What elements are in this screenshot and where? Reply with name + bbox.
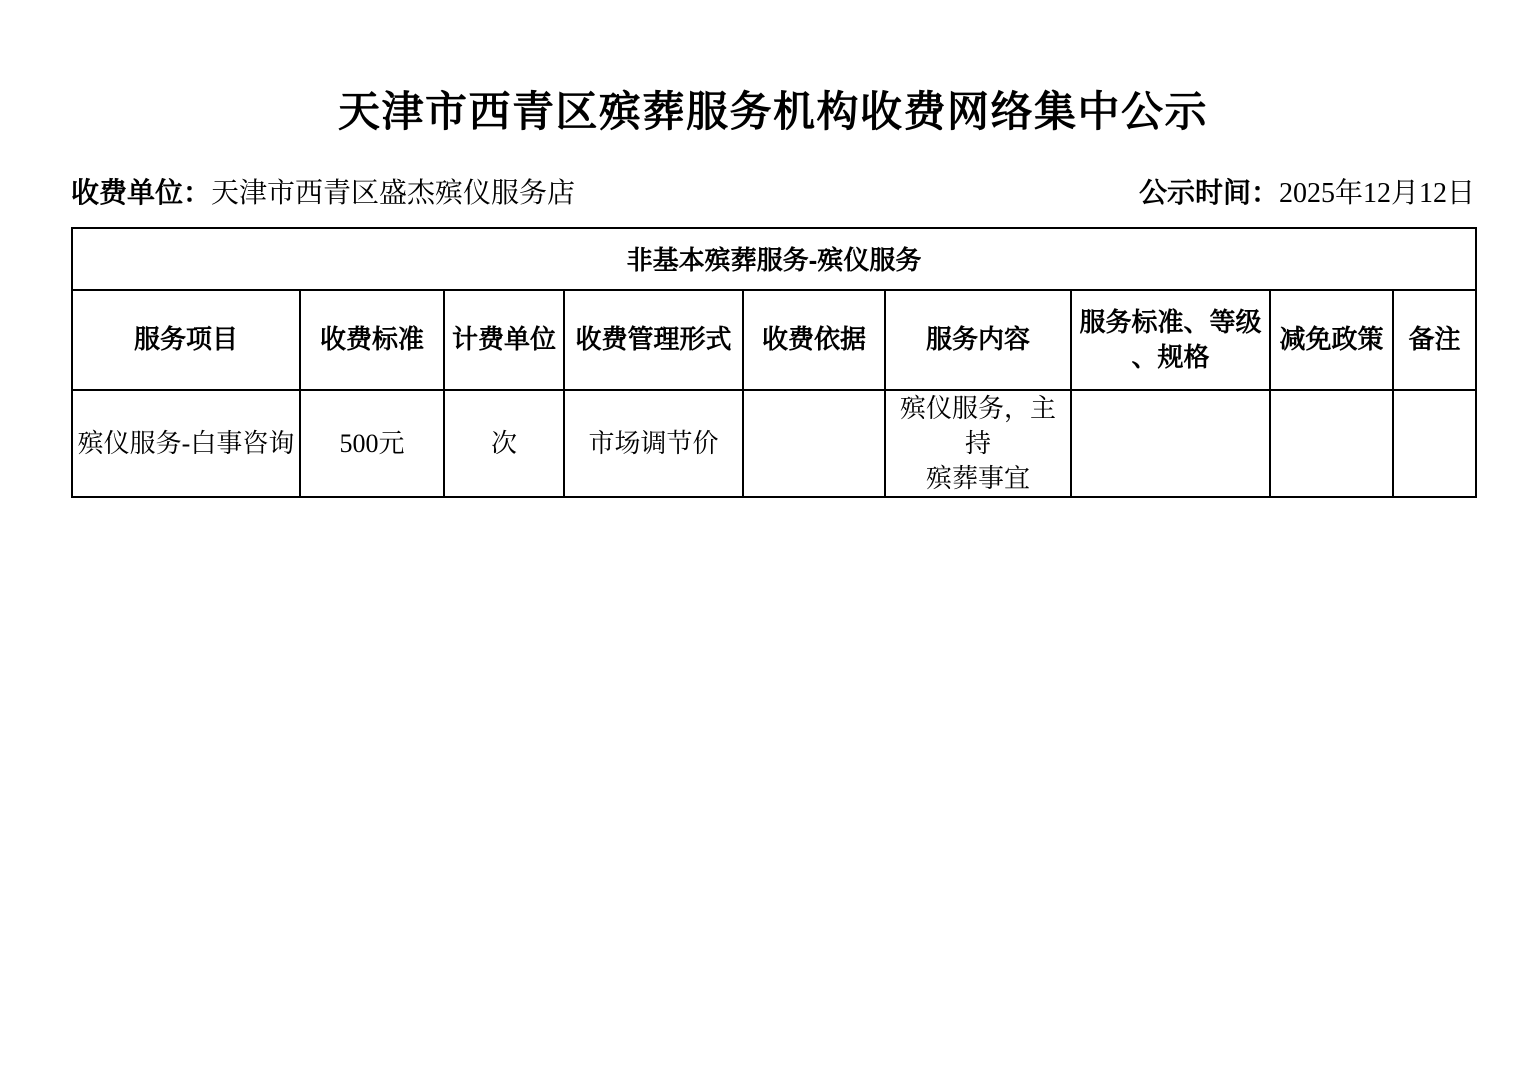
cell-service-spec — [1071, 390, 1270, 497]
header-cell-service-spec: 服务标准、等级 、规格 — [1071, 290, 1270, 390]
fee-table: 非基本殡葬服务-殡仪服务 服务项目 收费标准 计费单位 收费管理形式 收费依据 … — [71, 227, 1477, 498]
cell-reduction-policy — [1270, 390, 1393, 497]
table-row: 殡仪服务-白事咨询 500元 次 市场调节价 殡仪服务，主持 殡葬事宜 — [72, 390, 1476, 497]
charging-unit-label: 收费单位： — [71, 177, 211, 208]
publicity-time-value: 2025年12月12日 — [1279, 178, 1475, 209]
publicity-time-line: 公示时间：2025年12月12日 — [1139, 176, 1475, 211]
cell-service-content: 殡仪服务，主持 殡葬事宜 — [885, 390, 1071, 497]
table-header-row: 服务项目 收费标准 计费单位 收费管理形式 收费依据 服务内容 服务标准、等级 … — [72, 290, 1476, 390]
info-row: 收费单位：天津市西青区盛杰殡仪服务店 公示时间：2025年12月12日 — [71, 176, 1475, 211]
table-section-row: 非基本殡葬服务-殡仪服务 — [72, 228, 1476, 290]
cell-billing-unit: 次 — [444, 390, 564, 497]
header-cell-billing-unit: 计费单位 — [444, 290, 564, 390]
document-page: 天津市西青区殡葬服务机构收费网络集中公示 收费单位：天津市西青区盛杰殡仪服务店 … — [71, 88, 1475, 498]
header-cell-fee-standard: 收费标准 — [300, 290, 444, 390]
table-section-title: 非基本殡葬服务-殡仪服务 — [72, 228, 1476, 290]
charging-unit-value: 天津市西青区盛杰殡仪服务店 — [211, 178, 575, 209]
publicity-time-label: 公示时间： — [1139, 177, 1279, 208]
cell-remarks — [1393, 390, 1476, 497]
cell-service-item: 殡仪服务-白事咨询 — [72, 390, 300, 497]
header-cell-remarks: 备注 — [1393, 290, 1476, 390]
page-title: 天津市西青区殡葬服务机构收费网络集中公示 — [71, 88, 1475, 138]
charging-unit-line: 收费单位：天津市西青区盛杰殡仪服务店 — [71, 176, 575, 211]
header-cell-service-item: 服务项目 — [72, 290, 300, 390]
header-cell-fee-basis: 收费依据 — [743, 290, 885, 390]
header-cell-fee-management-form: 收费管理形式 — [564, 290, 743, 390]
cell-fee-management-form: 市场调节价 — [564, 390, 743, 497]
header-cell-reduction-policy: 减免政策 — [1270, 290, 1393, 390]
cell-fee-basis — [743, 390, 885, 497]
header-cell-service-content: 服务内容 — [885, 290, 1071, 390]
cell-fee-standard: 500元 — [300, 390, 444, 497]
